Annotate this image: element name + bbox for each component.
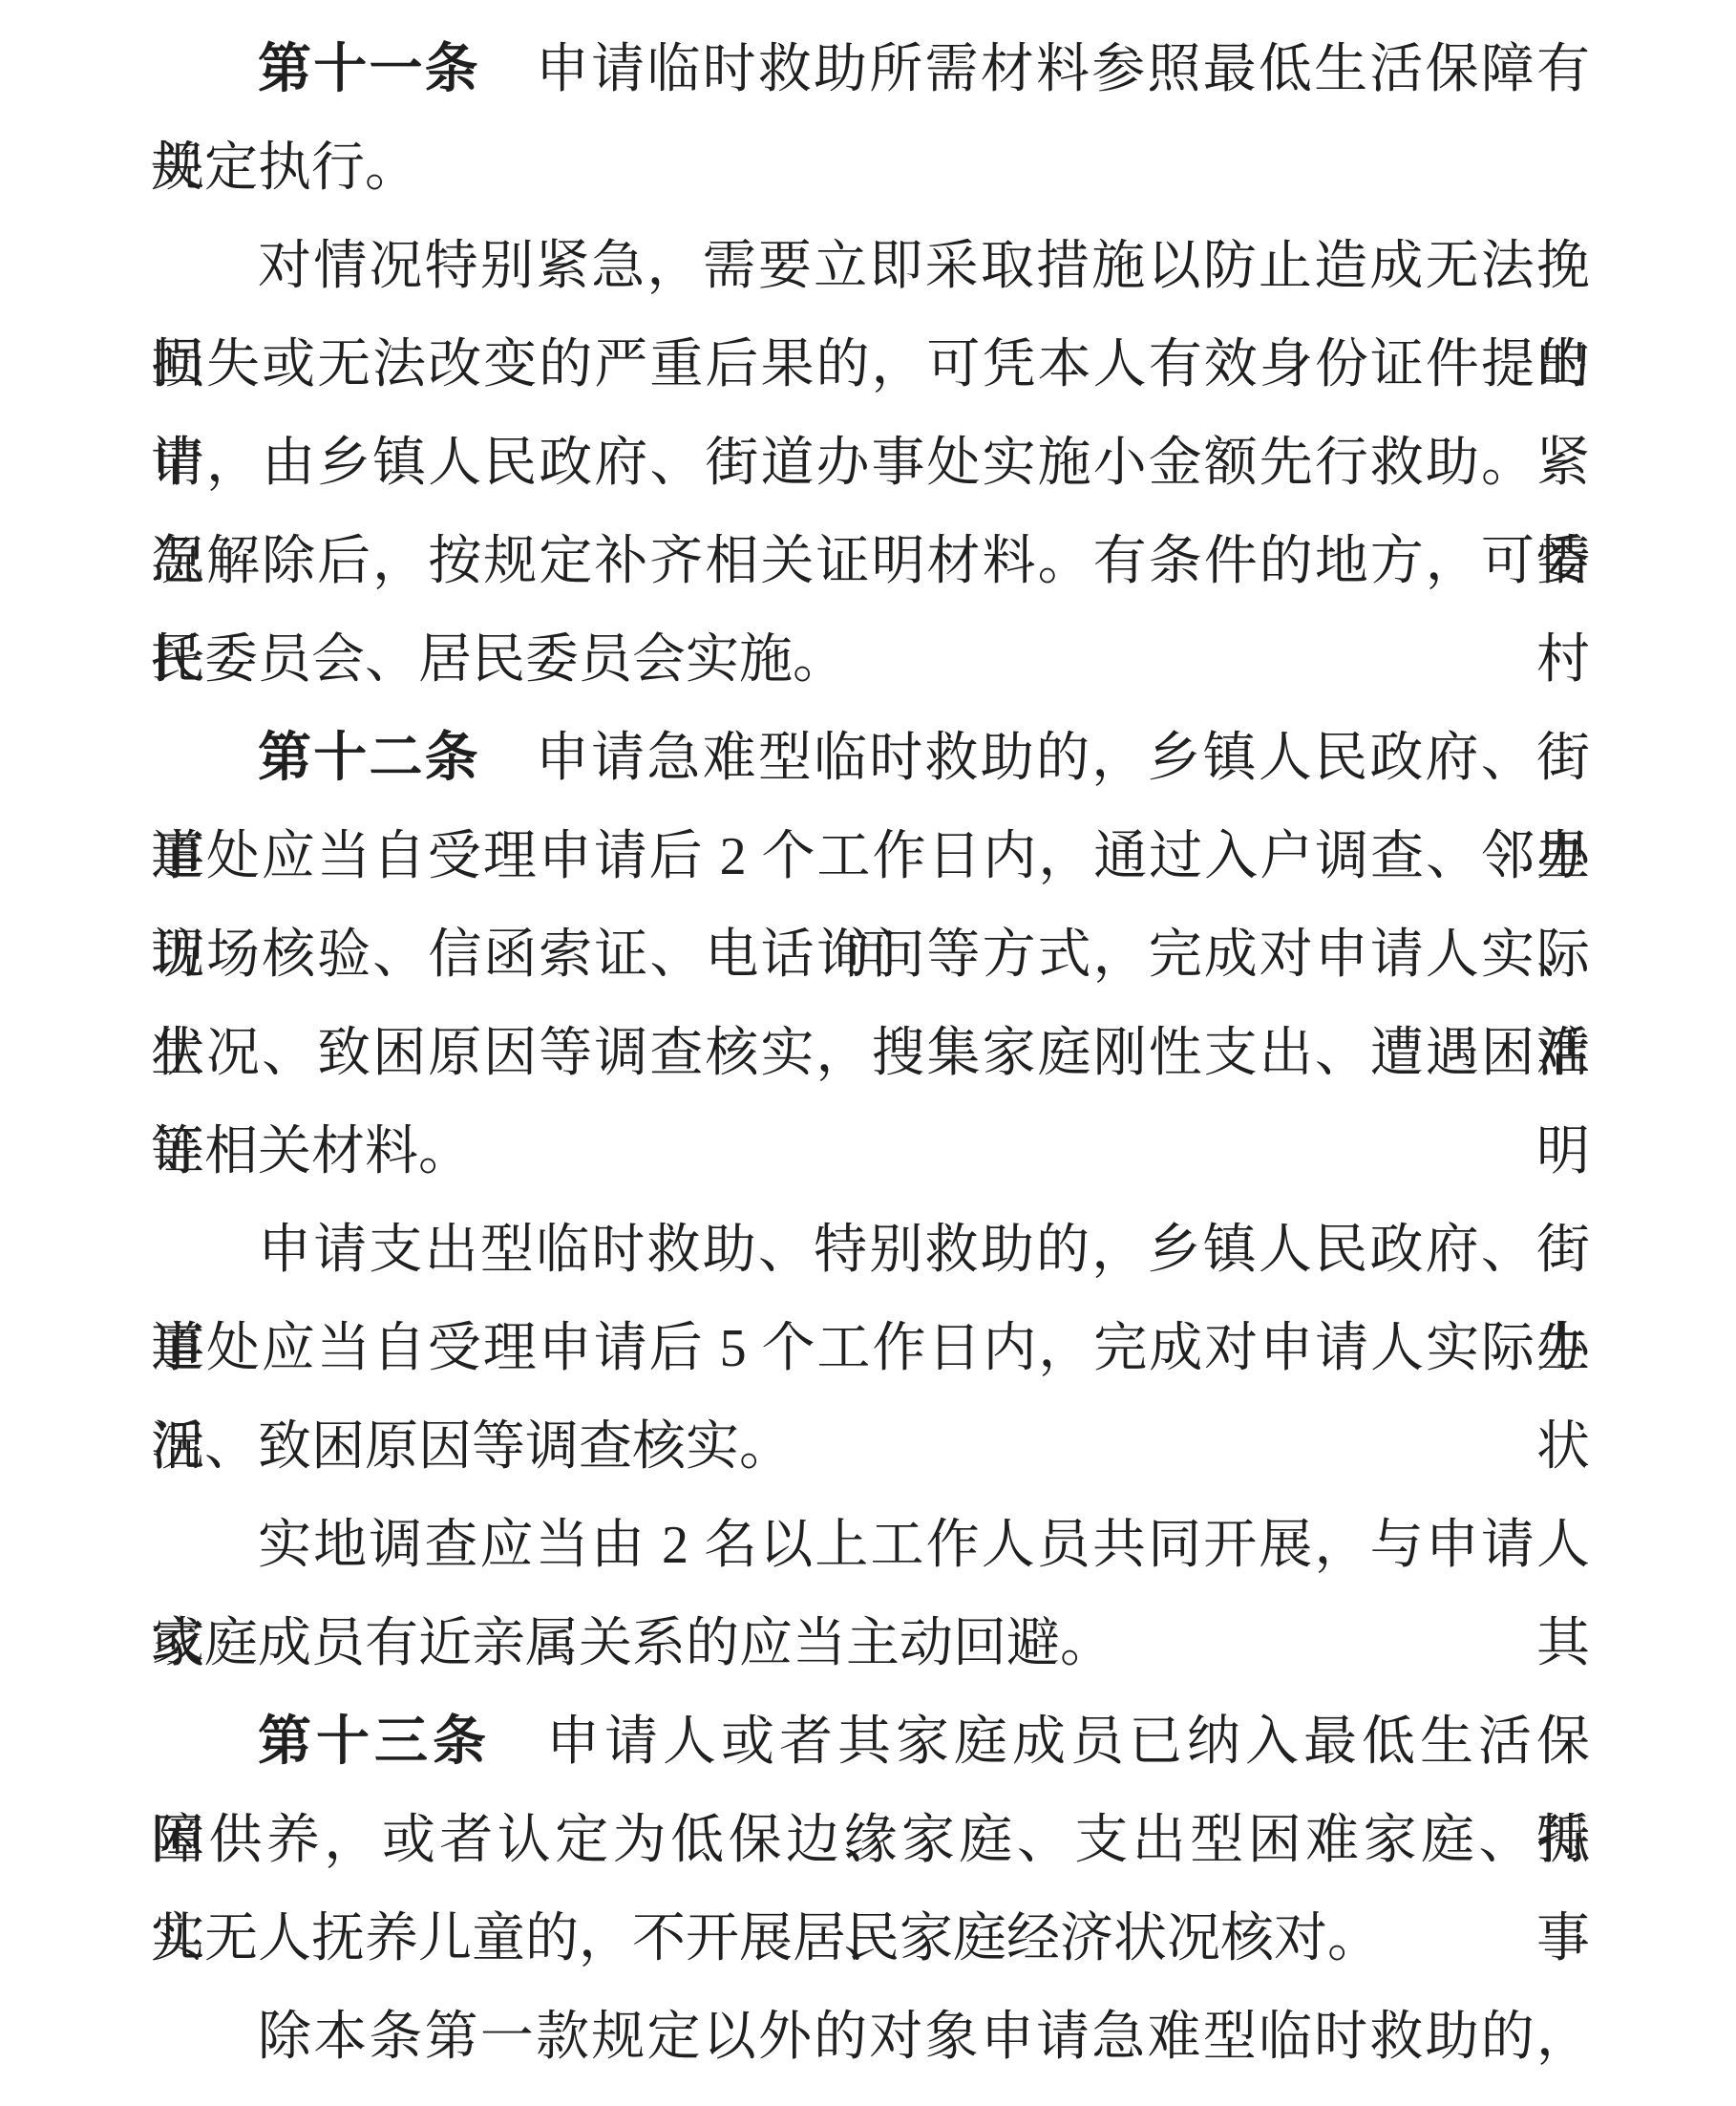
text-line: 请，由乡镇人民政府、街道办事处实施小金额先行救助。紧急情: [151, 415, 1590, 513]
article-number: 第十二条: [258, 729, 480, 788]
article-number: 第十三条: [258, 1712, 491, 1772]
text-line: 规定执行。: [151, 119, 1590, 218]
text-line-article-12-start: 第十二条申请急难型临时救助的，乡镇人民政府、街道办: [151, 710, 1590, 808]
text-line: 现场核验、信函索证、电话询问等方式，完成对申请人实际生活: [151, 906, 1590, 1005]
text-line: 状况、致困原因等调查核实，搜集家庭刚性支出、遭遇困难证明: [151, 1005, 1590, 1103]
text-line-article-13-start: 第十三条申请人或者其家庭成员已纳入最低生活保障、特: [151, 1693, 1590, 1792]
text-line-article-11-start: 第十一条申请临时救助所需材料参照最低生活保障有关: [151, 21, 1590, 119]
text-line: 申请支出型临时救助、特别救助的，乡镇人民政府、街道办: [151, 1202, 1590, 1300]
text-line: 对情况特别紧急，需要立即采取措施以防止造成无法挽回的: [151, 218, 1590, 316]
text-line: 事处应当自受理申请后 5 个工作日内，完成对申请人实际生活状: [151, 1300, 1590, 1398]
text-line: 事处应当自受理申请后 2 个工作日内，通过入户调查、邻里访问、: [151, 808, 1590, 906]
text-line: 困供养，或者认定为低保边缘家庭、支出型困难家庭、孤儿、事: [151, 1792, 1590, 1890]
text-line: 除本条第一款规定以外的对象申请急难型临时救助的，可视: [151, 1989, 1590, 2087]
document-page: 第十一条申请临时救助所需材料参照最低生活保障有关 规定执行。 对情况特别紧急，需…: [0, 0, 1736, 2106]
text-line: 况解除后，按规定补齐相关证明材料。有条件的地方，可委托村: [151, 513, 1590, 611]
text-line: 损失或无法改变的严重后果的，可凭本人有效身份证件提出申: [151, 316, 1590, 415]
text-line: 实地调查应当由 2 名以上工作人员共同开展，与申请人或其: [151, 1497, 1590, 1595]
article-number: 第十一条: [258, 40, 480, 99]
text-line: 实无人抚养儿童的，不开展居民家庭经济状况核对。: [151, 1890, 1590, 1989]
